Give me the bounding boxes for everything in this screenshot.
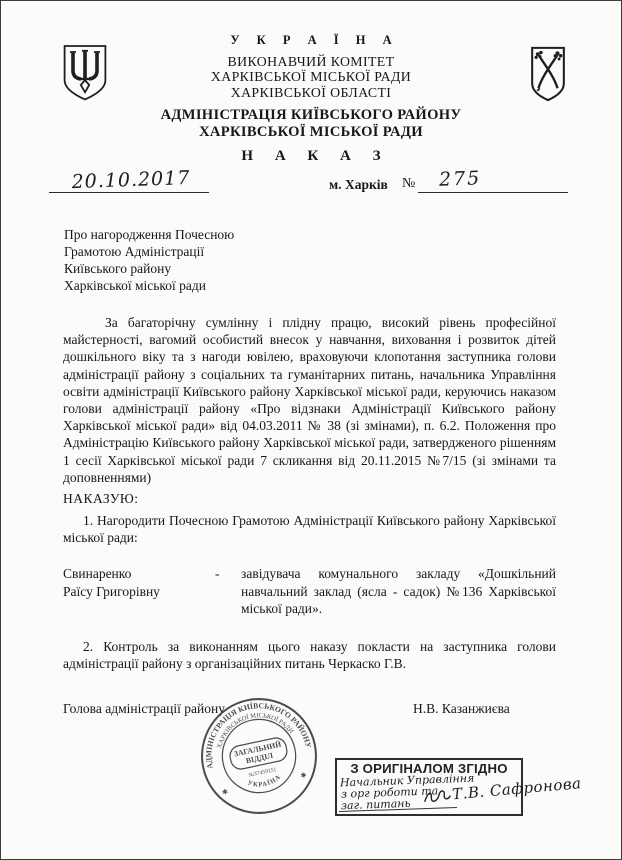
recipient-row: Свинаренко Раїсу Григорівну - завідувача… [63,565,556,618]
number-sign: № [402,176,415,192]
preamble-paragraph: За багаторічну сумлінну і плідну працю, … [63,314,556,486]
order-item-1: 1. Нагородити Почесною Грамотою Адмініст… [63,512,556,546]
org-line: ВИКОНАВЧИЙ КОМІТЕТ [1,54,621,69]
administration-line: ХАРКІВСЬКОЇ МІСЬКОЇ РАДИ [1,124,621,141]
country-title: У К Р А Ї Н А [1,33,621,48]
subject-line: Грамотою Адміністрації [64,243,234,260]
scanned-order-document: У К Р А Ї Н А ВИКОНАВЧИЙ КОМІТЕТ ХАРКІВС… [0,0,622,860]
issuing-body-lines: ВИКОНАВЧИЙ КОМІТЕТ ХАРКІВСЬКОЇ МІСЬКОЇ Р… [1,54,621,100]
handwritten-number: 275 [439,167,482,190]
org-line: ХАРКІВСЬКОЇ ОБЛАСТІ [1,85,621,100]
recipient-name-line: Свинаренко [63,565,215,583]
administration-title-lines: АДМІНІСТРАЦІЯ КИЇВСЬКОГО РАЙОНУ ХАРКІВСЬ… [1,107,621,140]
certification-stamp: З ОРИГІНАЛОМ ЗГІДНО Начальник Управління… [335,758,523,816]
signature-squiggle-icon [423,788,452,806]
subject-line: Київського району [64,260,234,277]
stamp-star-right: ✱ [300,771,308,780]
round-office-stamp: АДМІНІСТРАЦІЯ КИЇВСЬКОГО РАЙОНУ ХАРКІВСЬ… [198,695,320,817]
stamp-code: №37459151 [248,767,277,779]
recipient-description: завідувача комунального закладу «Дошкіль… [241,565,556,618]
date-underline [49,192,209,193]
subject-line: Про нагородження Почесною [64,226,234,243]
stamp-star-left: ✱ [221,788,229,797]
place-of-issue: м. Харків [329,177,388,193]
order-word: НАКАЗУЮ: [63,491,139,507]
org-line: ХАРКІВСЬКОЇ МІСЬКОЇ РАДИ [1,69,621,84]
recipient-name-line: Раїсу Григорівну [63,583,215,601]
number-underline [418,192,568,193]
order-item-2: 2. Контроль за виконанням цього наказу п… [63,638,556,672]
administration-line: АДМІНІСТРАЦІЯ КИЇВСЬКОГО РАЙОНУ [1,107,621,124]
recipient-dash: - [215,565,241,618]
handwritten-date: 20.10.2017 [53,166,210,193]
subject-line: Харківської міської ради [64,277,234,294]
subject-block: Про нагородження Почесною Грамотою Адмін… [64,226,234,294]
signatory-name: Н.В. Казанжиєва [413,701,510,717]
recipient-name: Свинаренко Раїсу Григорівну [63,565,215,618]
document-type-title: Н А К А З [1,148,621,165]
